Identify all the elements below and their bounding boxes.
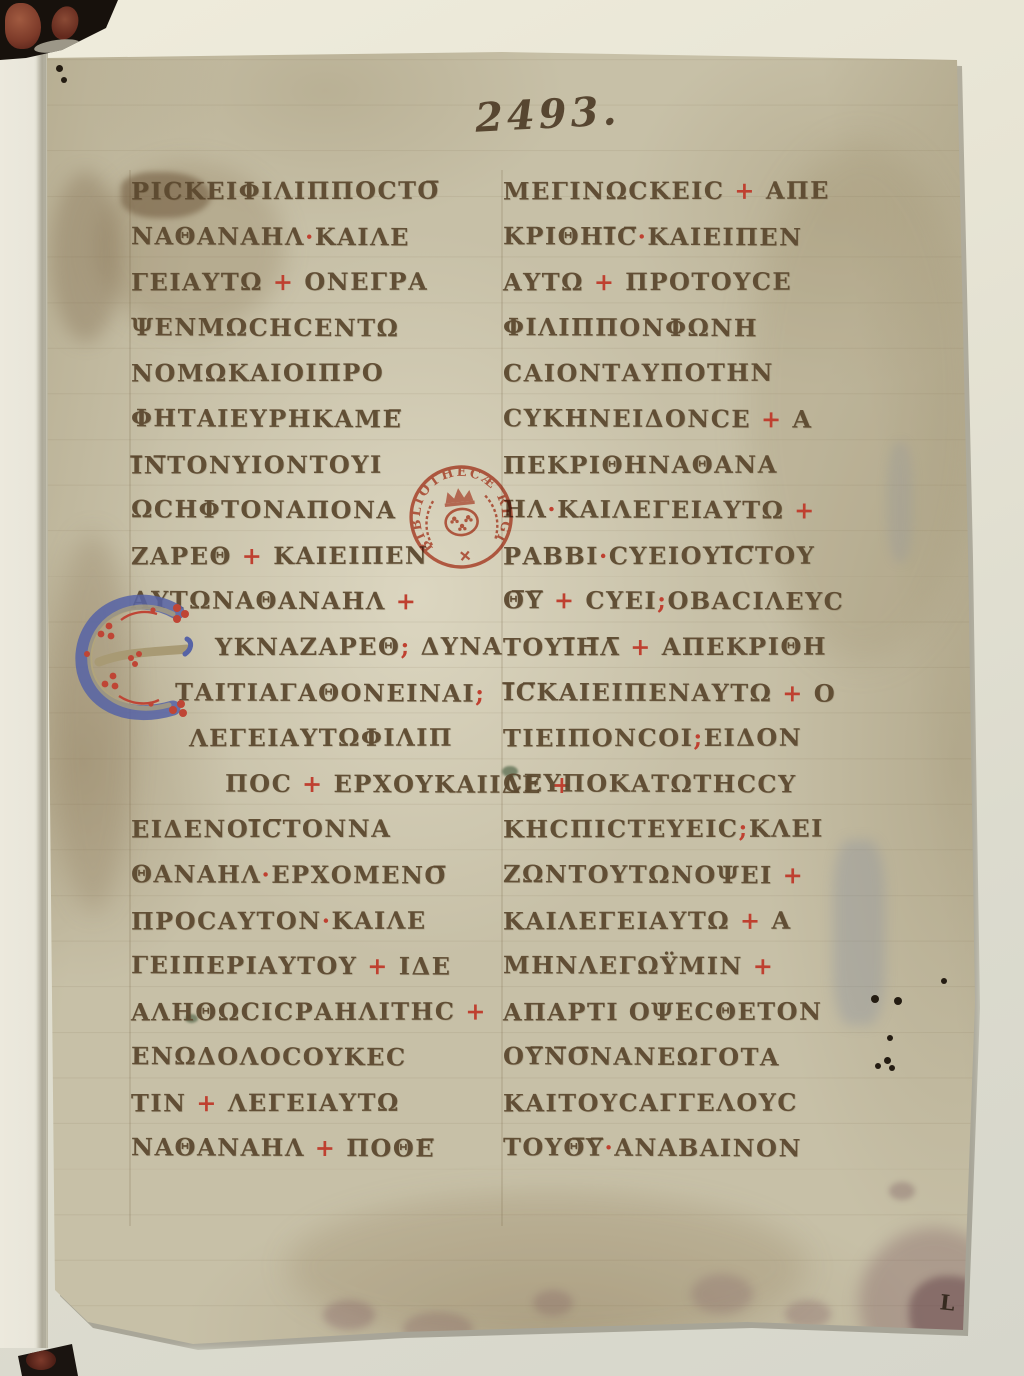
text-line: ΕΙΔΕΝΟΙ̅Ϲ̅ΤΟΝΝΑ <box>131 814 491 861</box>
stain-purple <box>889 1182 915 1200</box>
text-line: ΑΛΗΘΩϹΙϹΡΑΗΛΙΤΗϹ + <box>131 996 491 1043</box>
text-line: Ι̅Ϲ̅ΚΑΙΕΙΠΕΝΑΥΤΩ + Ο <box>503 677 863 724</box>
shelfmark-number: 2493. <box>474 85 656 141</box>
text-line: ΑΠΑΡΤΙ ΟΨΕϹΘΕΤΟΝ <box>503 996 863 1043</box>
corner-ink-mark: L <box>939 1289 956 1315</box>
text-line: ΚΑΙΛΕΓΕΙΑΥΤΩ + Α <box>503 905 863 952</box>
text-line: ΜΗΝΛΕΓΩΫΜΙΝ + <box>503 950 863 997</box>
text-line: ΝΟΜΩΚΑΙΟΙΠΡΟ <box>131 358 491 405</box>
ink-spot <box>894 997 902 1005</box>
ink-spot <box>889 1065 895 1071</box>
stain-purple <box>323 1300 375 1330</box>
guard-leaf-crease <box>36 0 46 1348</box>
text-line: ΟΥ̅Ν̅Ο̅ΝΑΝΕΩΓΟΤΑ <box>503 1041 863 1088</box>
text-line: ΕΝΩΔΟΛΟϹΟΥΚΕϹ <box>131 1041 491 1088</box>
ink-spot <box>871 995 879 1003</box>
text-line: ΓΕΙΑΥΤΩ + ΟΝΕΓΡΑ <box>131 267 491 314</box>
bleed-through-mark <box>887 442 913 562</box>
text-line: ΤΙΝ + ΛΕΓΕΙΑΥΤΩ <box>131 1087 491 1134</box>
text-line: ΖΩΝΤΟΥΤΩΝΟΨΕΙ + <box>503 859 863 906</box>
stain-purple <box>859 1228 1009 1376</box>
stain-purple <box>403 1312 473 1346</box>
text-line: ΦΗΤΑΙΕΥΡΗΚΑΜΕ̅ <box>131 403 491 450</box>
library-stamp-art: BIBLIOTHECÆ REGIÆ <box>399 454 522 577</box>
text-line: ΠΡΟϹΑΥΤΟΝ·ΚΑΙΛΕ <box>131 905 491 952</box>
marbled-paper-fragment <box>26 1350 56 1370</box>
stain <box>51 172 121 342</box>
text-line: ϹΑΙΟΝΤΑΥΠΟΤΗΝ <box>503 358 863 405</box>
text-line: ΝΑΘΑΝΑΗΛ·ΚΑΙΛΕ <box>131 221 491 268</box>
marbled-paper-fragment <box>5 3 41 49</box>
ink-spot <box>941 978 947 984</box>
illuminated-initial-art <box>73 592 209 728</box>
ink-spot <box>56 65 63 72</box>
text-line: ΤΟΥΙ̅Η̅Λ̅ + ΑΠΕΚΡΙΘΗ <box>503 631 863 678</box>
binding-thread <box>33 37 80 55</box>
stain-purple <box>691 1274 753 1314</box>
text-line: ΘΑΝΑΗΛ·ΕΡΧΟΜΕΝΟ̅ <box>131 859 491 906</box>
text-line: ΡΑΒΒΙ·ϹΥΕΙΟΥΙ̅Ϲ̅ΤΟΥ <box>503 540 863 587</box>
text-line: ΚΑΙΤΟΥϹΑΓΓΕΛΟΥϹ <box>503 1087 863 1134</box>
stain <box>287 1192 807 1342</box>
ink-spot <box>887 1035 893 1041</box>
stain-purple <box>533 1290 573 1316</box>
text-line: ΡΙϹΚΕΙΦΙΛΙΠΠΟϹΤΟ̅ <box>131 176 491 223</box>
illuminated-initial-epsilon <box>73 592 209 728</box>
library-stamp: BIBLIOTHECÆ REGIÆ <box>399 454 522 577</box>
text-line: ΠΕΚΡΙΘΗΝΑΘΑΝΑ <box>503 449 863 496</box>
parchment-page: 2493. L ΡΙϹΚΕΙΦΙΛΙΠΠΟϹΤΟ̅ΝΑΘΑΝΑΗΛ·ΚΑΙΛΕΓ… <box>47 52 975 1344</box>
text-line: ΦΙΛΙΠΠΟΝΦΩΝΗ <box>503 312 863 359</box>
text-line: ΜΕΓΙΝΩϹΚΕΙϹ + ΑΠΕ <box>503 176 863 223</box>
text-line: ΨΕΝΜΩϹΗϹΕΝΤΩ <box>131 312 491 359</box>
text-line: ΗΛ·ΚΑΙΛΕΓΕΙΑΥΤΩ + <box>503 494 863 541</box>
manuscript-photo: 2493. L ΡΙϹΚΕΙΦΙΛΙΠΠΟϹΤΟ̅ΝΑΘΑΝΑΗΛ·ΚΑΙΛΕΓ… <box>0 0 1024 1376</box>
ink-spot <box>875 1063 881 1069</box>
ink-spot <box>61 77 67 83</box>
text-line: ΠΟϹ + ΕΡΧΟΥΚΑΙΙΔΕ + <box>131 768 491 815</box>
text-column-right: ΜΕΓΙΝΩϹΚΕΙϹ + ΑΠΕΚΡΙΘΗΙ̅Ϲ̅·ΚΑΙΕΙΠΕΝΑΥΤΩ … <box>503 176 863 1179</box>
text-line: ΤΙΕΙΠΟΝϹΟΙ;ΕΙΔΟΝ <box>503 723 863 770</box>
text-line: ϹΕΥΠΟΚΑΤΩΤΗϹϹΥ <box>503 768 863 815</box>
text-line: Θ̅Υ̅ + ϹΥΕΙ;ΟΒΑϹΙΛΕΥϹ <box>503 586 863 633</box>
binding-fragment-top <box>0 0 120 62</box>
text-line: ΚΡΙΘΗΙ̅Ϲ̅·ΚΑΙΕΙΠΕΝ <box>503 221 863 268</box>
text-line: ΛΕΓΕΙΑΥΤΩΦΙΛΙΠ <box>131 723 491 770</box>
text-line: ΝΑΘΑΝΑΗΛ + ΠΟΘΕ̅ <box>131 1133 491 1180</box>
text-line: ΤΟΥΘ̅Υ̅·ΑΝΑΒΑΙΝΟΝ <box>503 1133 863 1180</box>
text-line: ΚΗϹΠΙϹΤΕΥΕΙϹ;ΚΛΕΙ <box>503 814 863 861</box>
ink-spot <box>884 1057 891 1064</box>
text-line: ΓΕΙΠΕΡΙΑΥΤΟΥ + ΙΔΕ <box>131 950 491 997</box>
text-line: ΑΥΤΩ + ΠΡΟΤΟΥϹΕ <box>503 267 863 314</box>
marbled-paper-fragment <box>47 3 82 43</box>
binding-fragment-bottom <box>18 1344 78 1376</box>
text-line: ϹΥΚΗΝΕΙΔΟΝϹΕ + Α <box>503 403 863 450</box>
